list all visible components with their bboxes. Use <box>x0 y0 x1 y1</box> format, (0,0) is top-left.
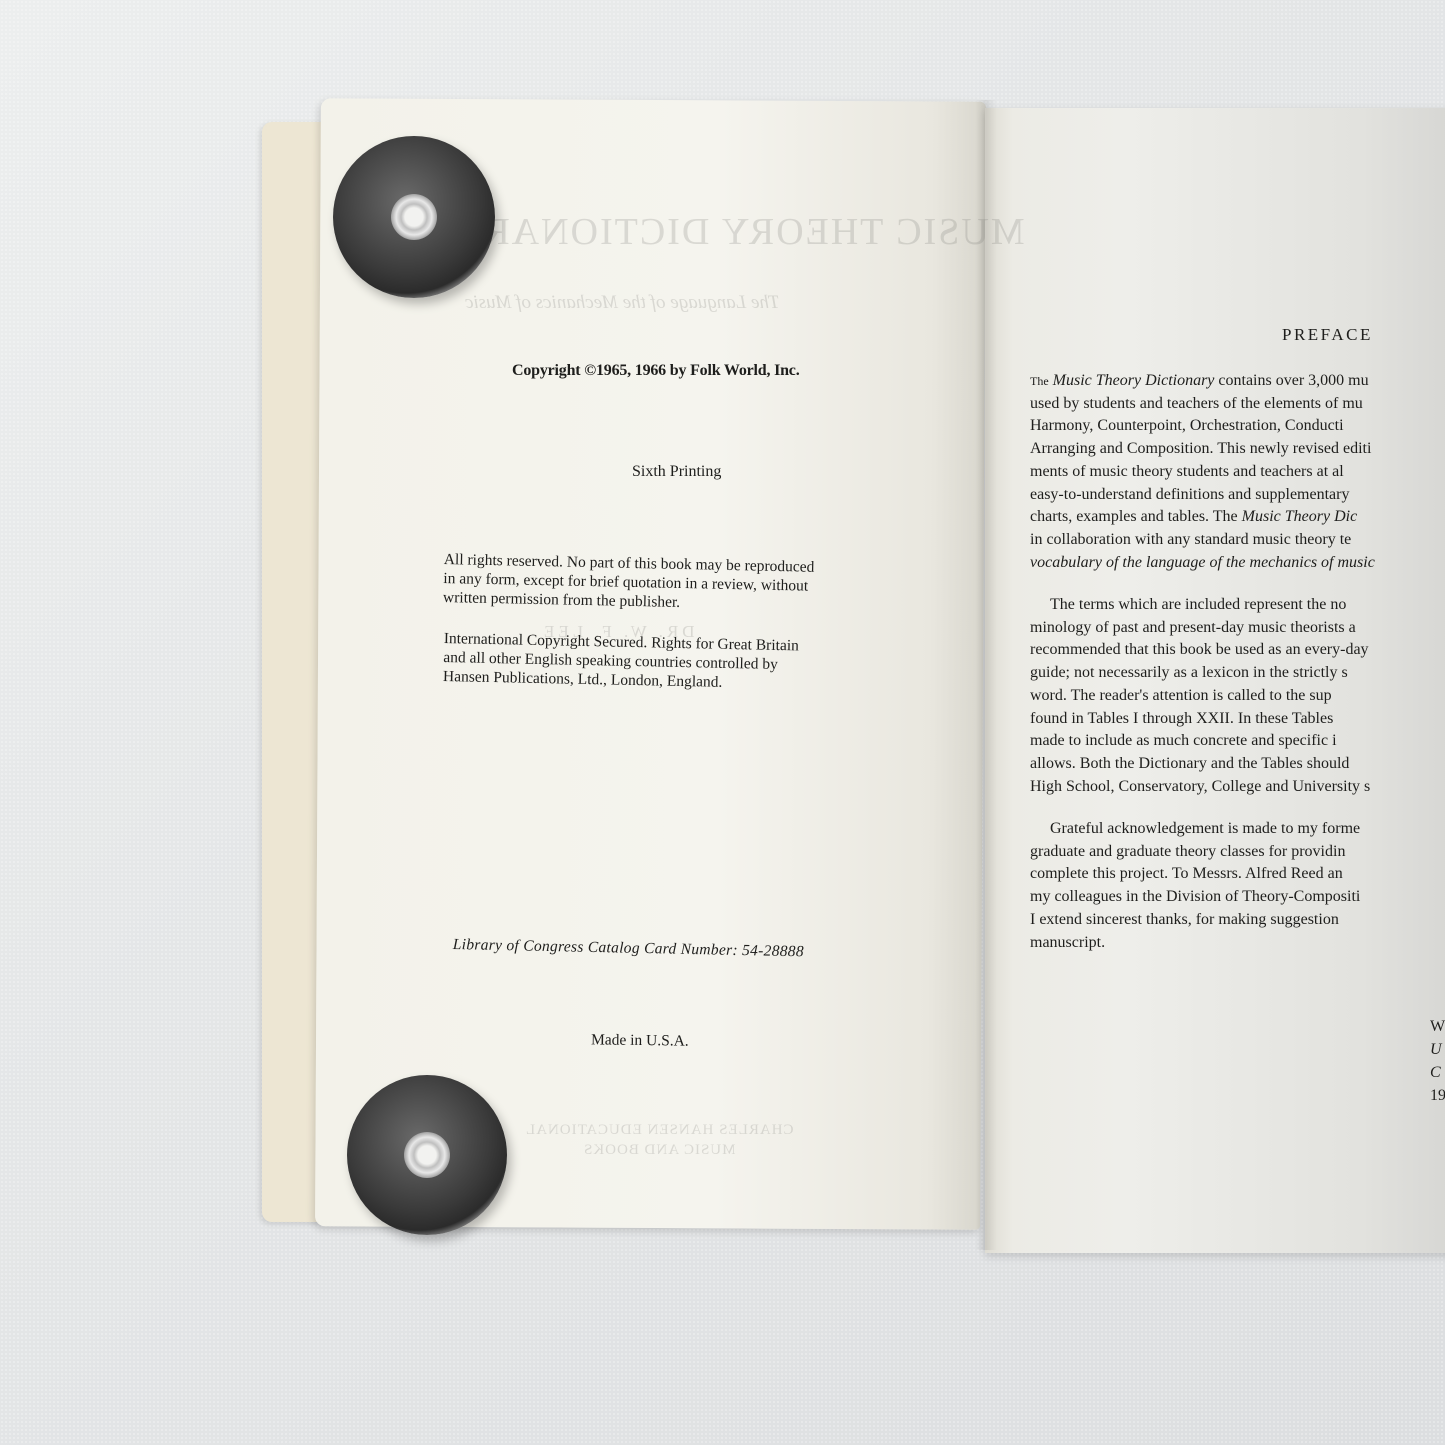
bleed-publisher-line1: CHARLES HANSEN EDUCATIONAL <box>525 1120 794 1140</box>
preface-line: Harmony, Counterpoint, Orchestration, Co… <box>1030 415 1445 438</box>
preface-line: Grateful acknowledgement is made to my f… <box>1030 818 1445 841</box>
preface-line: recommended that this book be used as an… <box>1030 639 1445 662</box>
preface-line: found in Tables I through XXII. In these… <box>1030 708 1445 731</box>
bleed-through-publisher: CHARLES HANSEN EDUCATIONAL MUSIC AND BOO… <box>525 1120 794 1160</box>
made-in-usa: Made in U.S.A. <box>591 1031 689 1050</box>
preface-line: easy-to-understand definitions and suppl… <box>1030 484 1445 507</box>
preface-line: word. The reader's attention is called t… <box>1030 685 1445 708</box>
line-rest: contains over 3,000 mu <box>1214 372 1368 389</box>
line-start: charts, examples and tables. The <box>1030 508 1242 525</box>
bleed-through-subtitle: The Language of the Mechanics of Music <box>465 292 780 314</box>
preface-line: manuscript. <box>1030 932 1445 955</box>
magnet-countersink-hole <box>391 194 437 240</box>
book-gutter <box>975 100 997 1250</box>
preface-line: charts, examples and tables. The Music T… <box>1030 506 1445 529</box>
signature-line: U <box>1430 1038 1445 1061</box>
preface-line: ments of music theory students and teach… <box>1030 461 1445 484</box>
preface-line: High School, Conservatory, College and U… <box>1030 776 1445 799</box>
preface-line: Arranging and Composition. This newly re… <box>1030 438 1445 461</box>
preface-line: made to include as much concrete and spe… <box>1030 730 1445 753</box>
preface-line: allows. Both the Dictionary and the Tabl… <box>1030 753 1445 776</box>
magnet-countersink-hole <box>404 1132 450 1178</box>
preface-paragraph-1: The Music Theory Dictionary contains ove… <box>1030 370 1445 574</box>
preface-line: guide; not necessarily as a lexicon in t… <box>1030 662 1445 685</box>
small-caps-the: The <box>1030 374 1049 388</box>
copyright-line: Copyright ©1965, 1966 by Folk World, Inc… <box>512 362 800 380</box>
printing-edition: Sixth Printing <box>632 463 721 481</box>
preface-line: The terms which are included represent t… <box>1030 594 1445 617</box>
preface-line: my colleagues in the Division of Theory-… <box>1030 886 1445 909</box>
rights-reserved-paragraph: All rights reserved. No part of this boo… <box>443 550 894 616</box>
bleed-through-title: MUSIC THEORY DICTIONARY <box>455 210 1025 254</box>
preface-line: graduate and graduate theory classes for… <box>1030 841 1445 864</box>
preface-line: The Music Theory Dictionary contains ove… <box>1030 370 1445 393</box>
preface-heading: PREFACE <box>1282 325 1373 345</box>
preface-line-italic: vocabulary of the language of the mechan… <box>1030 552 1445 575</box>
preface-line: minology of past and present-day music t… <box>1030 617 1445 640</box>
preface-paragraph-3: Grateful acknowledgement is made to my f… <box>1030 818 1445 954</box>
preface-line: complete this project. To Messrs. Alfred… <box>1030 863 1445 886</box>
preface-line: used by students and teachers of the ele… <box>1030 393 1445 416</box>
bleed-publisher-line2: MUSIC AND BOOKS <box>525 1140 794 1160</box>
international-copyright-paragraph: International Copyright Secured. Rights … <box>443 629 894 695</box>
signature-line: W <box>1430 1015 1445 1038</box>
top-magnet <box>333 136 495 298</box>
book-title-italic: Music Theory Dictionary <box>1053 372 1215 389</box>
book-title-italic: Music Theory Dic <box>1242 508 1358 525</box>
preface-signature: W U C 19 <box>1430 1015 1445 1107</box>
signature-line: C <box>1430 1061 1445 1084</box>
preface-paragraph-2: The terms which are included represent t… <box>1030 594 1445 798</box>
signature-line: 19 <box>1430 1084 1445 1107</box>
preface-line: I extend sincerest thanks, for making su… <box>1030 909 1445 932</box>
bottom-magnet <box>347 1075 507 1235</box>
preface-line: in collaboration with any standard music… <box>1030 529 1445 552</box>
